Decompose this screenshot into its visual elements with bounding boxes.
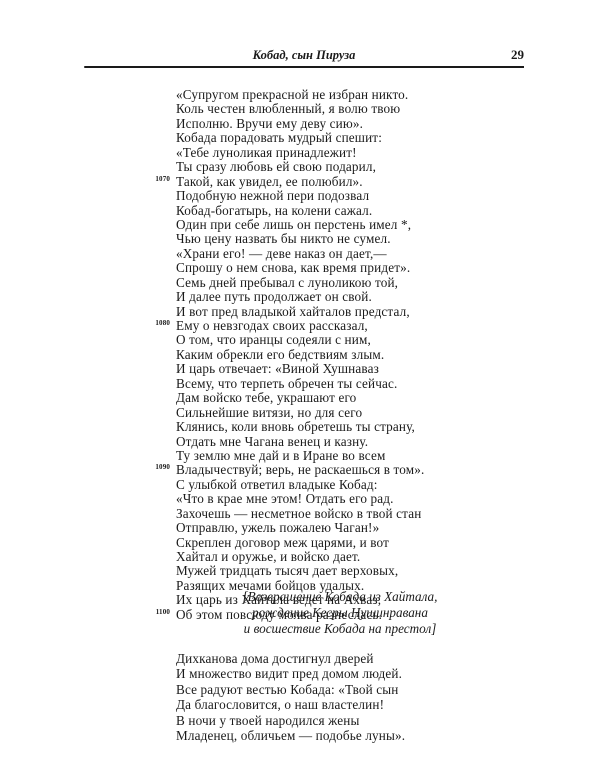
verse-text: Все радуют вестью Кобада: «Твой сын — [176, 682, 398, 697]
verse-text: Мужей тридцать тысяч дает верховых, — [176, 563, 398, 578]
verse-line: Да благословится, о наш властелин! — [176, 697, 405, 712]
verse-text: И множество видит пред домом людей. — [176, 666, 402, 681]
verse-line: Коль честен влюбленный, я волю твою — [176, 102, 424, 116]
section-heading: [Возвращение Кобада из Хайтала, рождение… — [200, 589, 480, 637]
line-number: 1100 — [146, 605, 170, 619]
line-number: 1080 — [146, 316, 170, 330]
verse-line: Дам войско тебе, украшают его — [176, 391, 424, 405]
verse-text: Клянись, коли вновь обретешь ты страну, — [176, 419, 415, 434]
verse-text: Скреплен договор меж царями, и вот — [176, 535, 389, 550]
verse-text: Дам войско тебе, украшают его — [176, 390, 356, 405]
verse-line: Кобад-богатырь, на колени сажал. — [176, 204, 424, 218]
verse-text: Подобную нежной пери подозвал — [176, 188, 369, 203]
verse-text: Ты сразу любовь ей свою подарил, — [176, 159, 376, 174]
verse-text: «Храни его! — деве наказ он дает,— — [176, 246, 387, 261]
verse-text: Ему о невзгодах своих рассказал, — [176, 318, 368, 333]
verse-line: Подобную нежной пери подозвал — [176, 189, 424, 203]
verse-text: Один при себе лишь он перстень имел *, — [176, 217, 411, 232]
verse-line: Все радуют вестью Кобада: «Твой сын — [176, 682, 405, 697]
verse-line: Один при себе лишь он перстень имел *, — [176, 218, 424, 232]
verse-line: Отдать мне Чагана венец и казну. — [176, 435, 424, 449]
verse-line: 1070Такой, как увидел, ее полюбил». — [176, 175, 424, 189]
verse-text: Каким обрекли его бедствиям злым. — [176, 347, 384, 362]
verse-line: 1080Ему о невзгодах своих рассказал, — [176, 319, 424, 333]
verse-text: Захочешь — несметное войско в твой стан — [176, 506, 421, 521]
verse-text: Сильнейшие витязи, но для сего — [176, 405, 362, 420]
page-header: Кобад, сын Пируза 29 — [84, 44, 524, 66]
verse-line: Кобада порадовать мудрый спешит: — [176, 131, 424, 145]
verse-line: С улыбкой ответил владыке Кобад: — [176, 478, 424, 492]
verse-text: Спрошу о нем снова, как время придет». — [176, 260, 410, 275]
section-heading-line: рождение Кесры Нушинравана — [200, 605, 480, 621]
verse-line: Отправлю, ужель пожалею Чаган!» — [176, 521, 424, 535]
verse-line: И царь отвечает: «Виной Хушнаваз — [176, 362, 424, 376]
verse-text: Кобад-богатырь, на колени сажал. — [176, 203, 372, 218]
page-number: 29 — [511, 47, 524, 63]
verse-text: Исполню. Вручи ему деву сию». — [176, 116, 363, 131]
verse-line: Чью цену назвать бы никто не сумел. — [176, 232, 424, 246]
section-heading-line: [Возвращение Кобада из Хайтала, — [200, 589, 480, 605]
verse-text: И царь отвечает: «Виной Хушнаваз — [176, 361, 379, 376]
verse-line: Спрошу о нем снова, как время придет». — [176, 261, 424, 275]
verse-line: «Тебе луноликая принадлежит! — [176, 146, 424, 160]
verse-text: О том, что иранцы содеяли с ним, — [176, 332, 371, 347]
verse-text: И вот пред владыкой хайталов предстал, — [176, 304, 410, 319]
running-title: Кобад, сын Пируза — [84, 48, 524, 63]
verse-text: Владычествуй; верь, не раскаешься в том»… — [176, 462, 424, 477]
verse-line: Захочешь — несметное войско в твой стан — [176, 507, 424, 521]
verse-text: Младенец, обличьем — подобье луны». — [176, 728, 405, 743]
verse-line: «Супругом прекрасной не избран никто. — [176, 88, 424, 102]
verse-text: Чью цену назвать бы никто не сумел. — [176, 231, 391, 246]
verse-line: 1090Владычествуй; верь, не раскаешься в … — [176, 463, 424, 477]
verse-line: Скреплен договор меж царями, и вот — [176, 536, 424, 550]
verse-text: «Супругом прекрасной не избран никто. — [176, 87, 408, 102]
verse-text: И далее путь продолжает он свой. — [176, 289, 372, 304]
verse-line: Ту землю мне дай и в Иране во всем — [176, 449, 424, 463]
verse-text: Отдать мне Чагана венец и казну. — [176, 434, 368, 449]
verse-line: Исполню. Вручи ему деву сию». — [176, 117, 424, 131]
verse-line: Младенец, обличьем — подобье луны». — [176, 728, 405, 743]
verse-line: Всему, что терпеть обречен ты сейчас. — [176, 377, 424, 391]
verse-text: Отправлю, ужель пожалею Чаган!» — [176, 520, 379, 535]
section-heading-line: и восшествие Кобада на престол] — [200, 621, 480, 637]
verse-text: Такой, как увидел, ее полюбил». — [176, 174, 363, 189]
verse-text: Всему, что терпеть обречен ты сейчас. — [176, 376, 397, 391]
verse-line: В ночи у твоей народился жены — [176, 713, 405, 728]
verse-line: И множество видит пред домом людей. — [176, 666, 405, 681]
verse-text: «Что в крае мне этом! Отдать его рад. — [176, 491, 394, 506]
verse-block-1: «Супругом прекрасной не избран никто.Кол… — [176, 88, 424, 622]
verse-line: И вот пред владыкой хайталов предстал, — [176, 305, 424, 319]
verse-line: Мужей тридцать тысяч дает верховых, — [176, 564, 424, 578]
verse-line: Сильнейшие витязи, но для сего — [176, 406, 424, 420]
verse-line: О том, что иранцы содеяли с ним, — [176, 333, 424, 347]
verse-text: Семь дней пребывал с луноликою той, — [176, 275, 398, 290]
verse-text: Кобада порадовать мудрый спешит: — [176, 130, 382, 145]
verse-line: Хайтал и оружье, и войско дает. — [176, 550, 424, 564]
verse-text: В ночи у твоей народился жены — [176, 713, 359, 728]
verse-text: Да благословится, о наш властелин! — [176, 697, 384, 712]
verse-line: Семь дней пребывал с луноликою той, — [176, 276, 424, 290]
verse-line: Ты сразу любовь ей свою подарил, — [176, 160, 424, 174]
verse-text: Коль честен влюбленный, я волю твою — [176, 101, 400, 116]
verse-line: «Что в крае мне этом! Отдать его рад. — [176, 492, 424, 506]
verse-text: Ту землю мне дай и в Иране во всем — [176, 448, 385, 463]
verse-text: Хайтал и оружье, и войско дает. — [176, 549, 360, 564]
verse-line: «Храни его! — деве наказ он дает,— — [176, 247, 424, 261]
verse-text: Дихканова дома достигнул дверей — [176, 651, 374, 666]
header-rule — [84, 66, 524, 68]
verse-line: Каким обрекли его бедствиям злым. — [176, 348, 424, 362]
line-number: 1070 — [146, 172, 170, 186]
verse-line: И далее путь продолжает он свой. — [176, 290, 424, 304]
verse-text: «Тебе луноликая принадлежит! — [176, 145, 357, 160]
line-number: 1090 — [146, 460, 170, 474]
verse-line: Дихканова дома достигнул дверей — [176, 651, 405, 666]
verse-text: С улыбкой ответил владыке Кобад: — [176, 477, 378, 492]
verse-line: Клянись, коли вновь обретешь ты страну, — [176, 420, 424, 434]
verse-block-2: Дихканова дома достигнул дверейИ множест… — [176, 651, 405, 743]
